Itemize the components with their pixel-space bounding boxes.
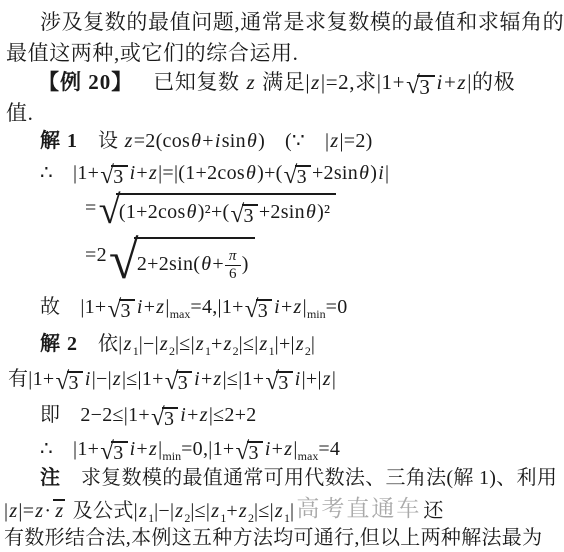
bold-label: 解 2 <box>40 333 78 355</box>
text-run: | <box>385 162 389 184</box>
text-run: · <box>44 500 51 522</box>
math-variable: z <box>293 296 303 318</box>
radical-small: √3 <box>406 75 434 97</box>
math-variable: z <box>223 333 233 355</box>
subscript: min <box>162 449 181 463</box>
text-run: + <box>187 404 199 426</box>
text-run: + <box>136 438 148 460</box>
text-run: + <box>136 162 148 184</box>
text-run: = <box>85 197 97 219</box>
math-variable: i <box>193 368 201 390</box>
radicand: 3 <box>111 165 127 187</box>
text-line-sol1-step2: =√(1+2cosθ)²+(√3+2sinθ)² <box>85 193 336 227</box>
text-run: |=2) <box>339 130 372 152</box>
text-run: |= <box>18 500 34 522</box>
math-variable: z <box>283 438 293 460</box>
radical-small: √3 <box>165 371 192 393</box>
text-run: =0 <box>326 296 348 318</box>
text-run: 2−2≤|1+ <box>80 404 150 426</box>
text-line-sol1-step3: =2√2+2sin(θ+π6) <box>85 237 255 284</box>
math-variable: θ <box>190 130 202 152</box>
math-variable: θ <box>200 253 212 275</box>
text-line-sol2-setup: 解 2依|z1|−|z2|≤|z1+z2|≤|z1|+|z2| <box>40 330 315 365</box>
radical-big: √2+2sin(θ+π6) <box>109 237 255 284</box>
text-run: =4,|1+ <box>190 296 243 318</box>
text-run: | <box>311 333 315 355</box>
math-variable: z <box>159 333 169 355</box>
text-run: 即 <box>40 404 60 426</box>
math-variable: z <box>148 438 158 460</box>
math-variable: z <box>174 500 184 522</box>
math-variable: θ <box>358 162 370 184</box>
fraction: π6 <box>225 248 241 283</box>
math-variable: i <box>273 296 281 318</box>
radical-small: √3 <box>55 371 82 393</box>
text-run: =2(cos <box>134 130 190 152</box>
text-line-example-title: 【例 20】已知复数 z 满足|z|=2,求|1+√3i+z|的极 <box>38 68 515 97</box>
math-variable: i <box>179 404 187 426</box>
radical-small: √3 <box>230 204 257 226</box>
text-run: + <box>444 70 456 94</box>
radical-small: √3 <box>100 165 127 187</box>
text-run: |+| <box>275 333 295 355</box>
text-run: 有|1+ <box>8 368 54 390</box>
z-conjugate: z <box>53 499 65 522</box>
text-run: )² <box>317 201 330 223</box>
text-run: 值. <box>6 101 33 125</box>
bold-label: 【例 20】 <box>38 70 133 94</box>
radicand: 3 <box>119 299 135 321</box>
text-run: + <box>144 296 156 318</box>
text-line-sol2-step2: 即2−2≤|1+√3i+z|≤2+2 <box>40 401 257 429</box>
math-variable: z <box>155 296 165 318</box>
text-run: 求复数模的最值通常可用代数法、三角法(解 1)、利用 <box>81 467 557 489</box>
radical-small: √3 <box>245 299 272 321</box>
math-variable: z <box>238 500 248 522</box>
text-run: =0,|1+ <box>181 438 234 460</box>
math-variable: θ <box>245 162 257 184</box>
text-run: =2 <box>85 244 107 266</box>
text-run: |1+ <box>80 296 106 318</box>
subscript: min <box>307 307 326 321</box>
radicand: 3 <box>111 441 127 463</box>
text-run: |−| <box>139 333 159 355</box>
text-run: | <box>332 368 336 390</box>
radicand: (1+2cosθ)²+(√3+2sinθ)² <box>116 193 336 226</box>
radicand: 3 <box>295 165 311 187</box>
math-variable: z <box>295 333 305 355</box>
text-run: |1+ <box>73 438 99 460</box>
text-line-sol1-result: 故|1+√3i+z|max=4,|1+√3i+z|min=0 <box>40 293 348 328</box>
document-page: 涉及复数的最值问题,通常是求复数模的最值和求辐角的 最值这两种,或它们的综合运用… <box>0 0 564 552</box>
math-variable: z <box>138 500 148 522</box>
text-line-intro-1: 涉及复数的最值问题,通常是求复数模的最值和求辐角的 <box>40 8 564 36</box>
math-variable: z <box>322 368 332 390</box>
math-variable: i <box>294 368 302 390</box>
radical-small: √3 <box>108 299 135 321</box>
text-run: |≤| <box>175 333 195 355</box>
bold-label: 解 1 <box>40 130 78 152</box>
text-run: ∴ <box>40 162 53 184</box>
text-line-note-3: 有数形结合法,本例这五种方法均可通行,但以上两种解法最为 <box>4 524 542 552</box>
math-variable: i <box>84 368 92 390</box>
math-variable: z <box>195 333 205 355</box>
radicand: 3 <box>417 75 434 97</box>
text-run: |−| <box>92 368 112 390</box>
math-variable: z <box>329 130 339 152</box>
fraction-numerator: π <box>226 248 240 265</box>
text-run: 有数形结合法,本例这五种方法均可通行,但以上两种解法最为 <box>4 527 542 549</box>
math-variable: i <box>436 70 444 94</box>
text-run: 故 <box>40 296 60 318</box>
text-line-sol1-setup: 解 1设 z=2(cosθ+isinθ)(∵|z|=2) <box>40 127 373 155</box>
text-run: 已知复数 <box>153 70 245 94</box>
text-run: |=2,求|1+ <box>321 70 405 94</box>
math-variable: z <box>310 70 321 94</box>
math-variable: θ <box>246 130 258 152</box>
radicand: 3 <box>67 371 83 393</box>
text-line-note-1: 注求复数模的最值通常可用代数法、三角法(解 1)、利用 <box>40 464 557 492</box>
radicand: 3 <box>276 371 292 393</box>
radicand: 3 <box>242 204 258 226</box>
text-run: +2sin <box>312 162 358 184</box>
math-variable: z <box>112 368 122 390</box>
text-run: 还 <box>423 500 443 522</box>
text-line-example-cont: 值. <box>6 99 33 127</box>
text-run: (∵ <box>285 130 305 152</box>
text-run: + <box>226 500 238 522</box>
fraction-denominator: 6 <box>225 265 241 283</box>
math-variable: θ <box>186 201 198 223</box>
text-run: |≤|1+ <box>223 368 265 390</box>
text-run: ∴ <box>40 438 53 460</box>
watermark: 高考直通车 <box>296 495 421 521</box>
radicand: 2+2sin(θ+π6) <box>134 237 255 283</box>
text-run: |1+ <box>73 162 99 184</box>
subscript: max <box>170 307 191 321</box>
text-run: + <box>212 253 224 275</box>
text-run: 涉及复数的最值问题,通常是求复数模的最值和求辐角的 <box>40 10 564 34</box>
text-run: sin <box>222 130 246 152</box>
text-run: |≤| <box>239 333 259 355</box>
radical-small: √3 <box>284 165 311 187</box>
text-run: )²+( <box>198 201 230 223</box>
radicand: 3 <box>247 441 263 463</box>
radical-small: √3 <box>151 407 178 429</box>
text-run: (1+2cos <box>119 201 186 223</box>
text-run: 满足| <box>256 70 310 94</box>
math-variable: z <box>213 368 223 390</box>
text-run: 及公式| <box>67 500 138 522</box>
text-run: ) <box>258 130 265 152</box>
math-variable: z <box>246 70 257 94</box>
math-variable: z <box>456 70 467 94</box>
text-run: |+| <box>302 368 322 390</box>
text-run: )+( <box>257 162 283 184</box>
radicand: 3 <box>176 371 192 393</box>
text-run: |=|(1+2cos <box>158 162 245 184</box>
math-variable: i <box>136 296 144 318</box>
radical-big: √(1+2cosθ)²+(√3+2sinθ)² <box>99 193 337 227</box>
text-line-sol1-step1: ∴|1+√3i+z|=|(1+2cosθ)+(√3+2sinθ)i| <box>40 159 389 187</box>
text-run: | <box>290 500 294 522</box>
math-variable: z <box>274 500 284 522</box>
text-run: 最值这两种,或它们的综合运用. <box>6 41 299 65</box>
math-variable: z <box>199 404 209 426</box>
text-run: |的极 <box>467 70 515 94</box>
math-variable: i <box>214 130 222 152</box>
text-line-sol2-step1: 有|1+√3i|−|z|≤|1+√3i+z|≤|1+√3i|+|z| <box>8 365 336 393</box>
subscript: max <box>298 449 319 463</box>
math-variable: i <box>264 438 272 460</box>
math-variable: z <box>210 500 220 522</box>
text-run: +2sin <box>259 201 305 223</box>
math-variable: z <box>259 333 269 355</box>
text-run: + <box>211 333 223 355</box>
text-run: 依| <box>98 333 123 355</box>
text-run: |≤2+2 <box>209 404 257 426</box>
radical-small: √3 <box>265 371 292 393</box>
radicand: 3 <box>162 407 178 429</box>
text-run: |≤| <box>190 500 210 522</box>
text-run: ) <box>242 253 249 275</box>
math-variable: i <box>377 162 385 184</box>
text-run: =4 <box>318 438 340 460</box>
text-line-intro-2: 最值这两种,或它们的综合运用. <box>6 39 299 67</box>
math-variable: z <box>148 162 158 184</box>
text-run: + <box>202 130 214 152</box>
text-run: + <box>281 296 293 318</box>
math-variable: z <box>34 500 44 522</box>
text-run: 设 <box>98 130 124 152</box>
math-variable: z <box>8 500 18 522</box>
radicand: 3 <box>256 299 272 321</box>
math-variable: z <box>124 130 134 152</box>
math-variable: θ <box>305 201 317 223</box>
radical-small: √3 <box>235 441 262 463</box>
text-run: |≤| <box>254 500 274 522</box>
text-run: 2+2sin( <box>137 253 200 275</box>
text-run: + <box>272 438 284 460</box>
bold-label: 注 <box>40 467 61 489</box>
text-run: + <box>201 368 213 390</box>
math-variable: z <box>123 333 133 355</box>
radical-small: √3 <box>100 441 127 463</box>
text-run: |−| <box>154 500 174 522</box>
text-run: |≤|1+ <box>122 368 164 390</box>
